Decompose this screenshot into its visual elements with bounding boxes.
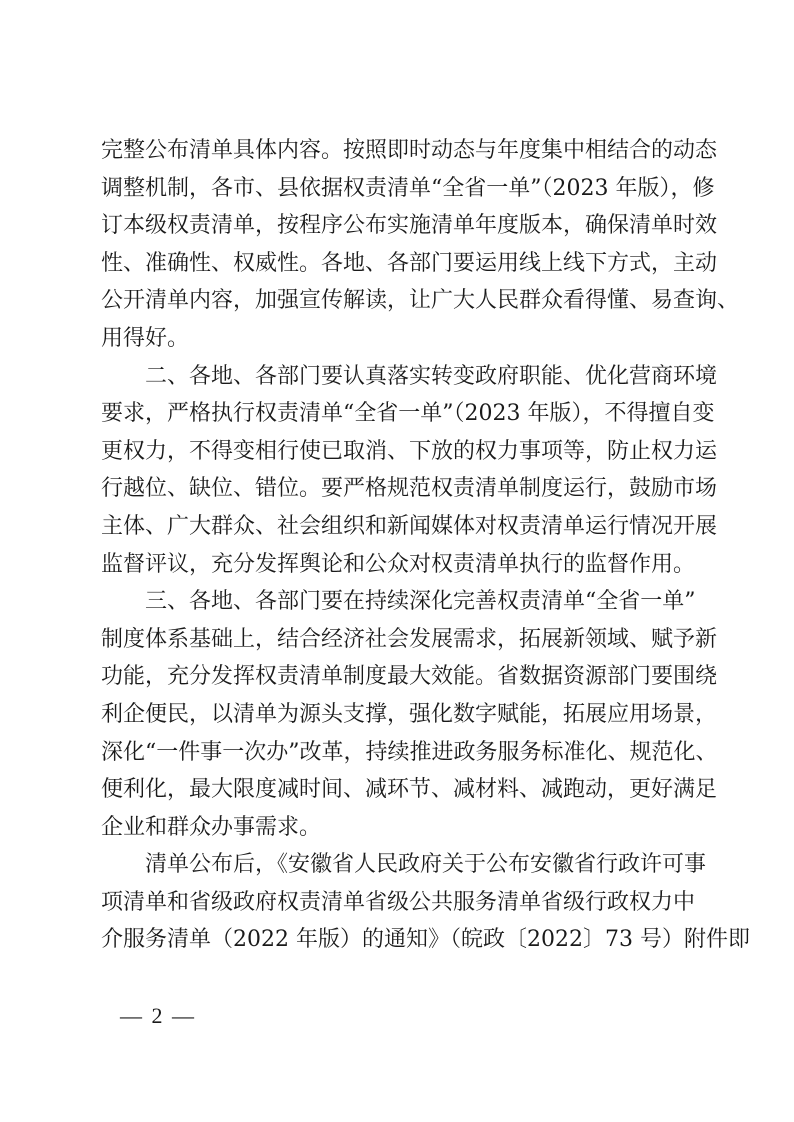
text-line: 完整公布清单具体内容。按照即时动态与年度集中相结合的动态 <box>101 132 693 170</box>
closing-paragraph-first-line: 清单公布后，《安徽省人民政府关于公布安徽省行政许可事 <box>101 846 693 884</box>
document-body: 完整公布清单具体内容。按照即时动态与年度集中相结合的动态 调整机制，各市、县依据… <box>101 132 693 959</box>
text-line: 更权力，不得变相行使已取消、下放的权力事项等，防止权力运 <box>101 433 693 471</box>
text-line: 主体、广大群众、社会组织和新闻媒体对权责清单运行情况开展 <box>101 508 693 546</box>
text-line: 行越位、缺位、错位。要严格规范权责清单制度运行，鼓励市场 <box>101 470 693 508</box>
text-line: 调整机制，各市、县依据权责清单“全省一单”（2023 年版），修 <box>101 170 693 208</box>
text-line: 监督评议，充分发挥舆论和公众对权责清单执行的监督作用。 <box>101 546 693 584</box>
page-number: — 2 — <box>120 1001 196 1031</box>
text-line: 利企便民，以清单为源头支撑，强化数字赋能，拓展应用场景， <box>101 696 693 734</box>
text-line: 介服务清单（2022 年版）的通知》（皖政〔2022〕73 号）附件即 <box>101 921 693 959</box>
section-three-first-line: 三、各地、各部门要在持续深化完善权责清单“全省一单” <box>101 583 693 621</box>
section-two-first-line: 二、各地、各部门要认真落实转变政府职能、优化营商环境 <box>101 358 693 396</box>
text-line: 项清单和省级政府权责清单省级公共服务清单省级行政权力中 <box>101 884 693 922</box>
text-line: 深化“一件事一次办”改革，持续推进政务服务标准化、规范化、 <box>101 734 693 772</box>
text-line: 便利化，最大限度减时间、减环节、减材料、减跑动，更好满足 <box>101 771 693 809</box>
text-line: 制度体系基础上，结合经济社会发展需求，拓展新领域、赋予新 <box>101 621 693 659</box>
text-line: 用得好。 <box>101 320 693 358</box>
text-line: 功能，充分发挥权责清单制度最大效能。省数据资源部门要围绕 <box>101 658 693 696</box>
text-line: 公开清单内容，加强宣传解读，让广大人民群众看得懂、易查询、 <box>101 282 693 320</box>
text-line: 性、准确性、权威性。各地、各部门要运用线上线下方式，主动 <box>101 245 693 283</box>
text-line: 订本级权责清单，按程序公布实施清单年度版本，确保清单时效 <box>101 207 693 245</box>
text-line: 要求，严格执行权责清单“全省一单”（2023 年版），不得擅自变 <box>101 395 693 433</box>
text-line: 企业和群众办事需求。 <box>101 809 693 847</box>
